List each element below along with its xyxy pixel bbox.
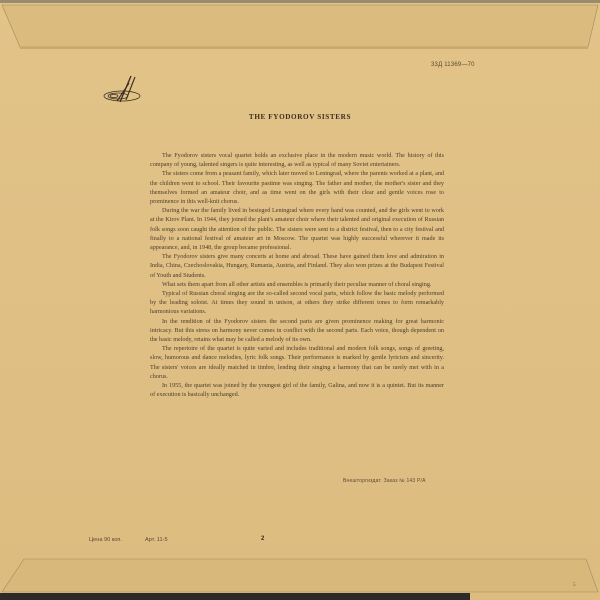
paragraph: In the rendition of the Fyodorov sisters… [150,318,444,346]
bottom-edge-strip [0,593,470,600]
paragraph: The Fyodorov sisters give many concerts … [150,253,444,281]
paragraph: The repertoire of the quartet is quite v… [150,345,444,382]
corner-mark: 5 [573,583,576,588]
article-number: Арт. 11-5 [145,537,168,543]
catalog-number: 33Д 11369—70 [431,62,475,68]
bottom-flap [0,557,600,593]
paragraph: During the war the family lived in besie… [150,207,444,253]
paragraph: What sets them apart from all other arti… [150,281,444,290]
paragraph: The Fyodorov sisters vocal quartet holds… [150,152,444,170]
paragraph: In 1955, the quartet was joined by the y… [150,382,444,400]
liner-notes: The Fyodorov sisters vocal quartet holds… [150,152,444,400]
paragraph: Typical of Russian choral singing are th… [150,290,444,318]
melodiya-logo-icon [100,74,148,104]
page-number: 2 [261,536,264,542]
record-sleeve-back: 33Д 11369—70 THE FYODOROV SISTERS The Fy… [0,0,600,600]
price-label: Цена 90 коп. [89,537,122,543]
paragraph: The sisters come from a peasant family, … [150,170,444,207]
publisher-order: Внешторгиздат. Заказ № 143 Р/А [343,478,426,484]
top-flap [0,3,600,51]
page-title: THE FYODOROV SISTERS [0,113,600,121]
